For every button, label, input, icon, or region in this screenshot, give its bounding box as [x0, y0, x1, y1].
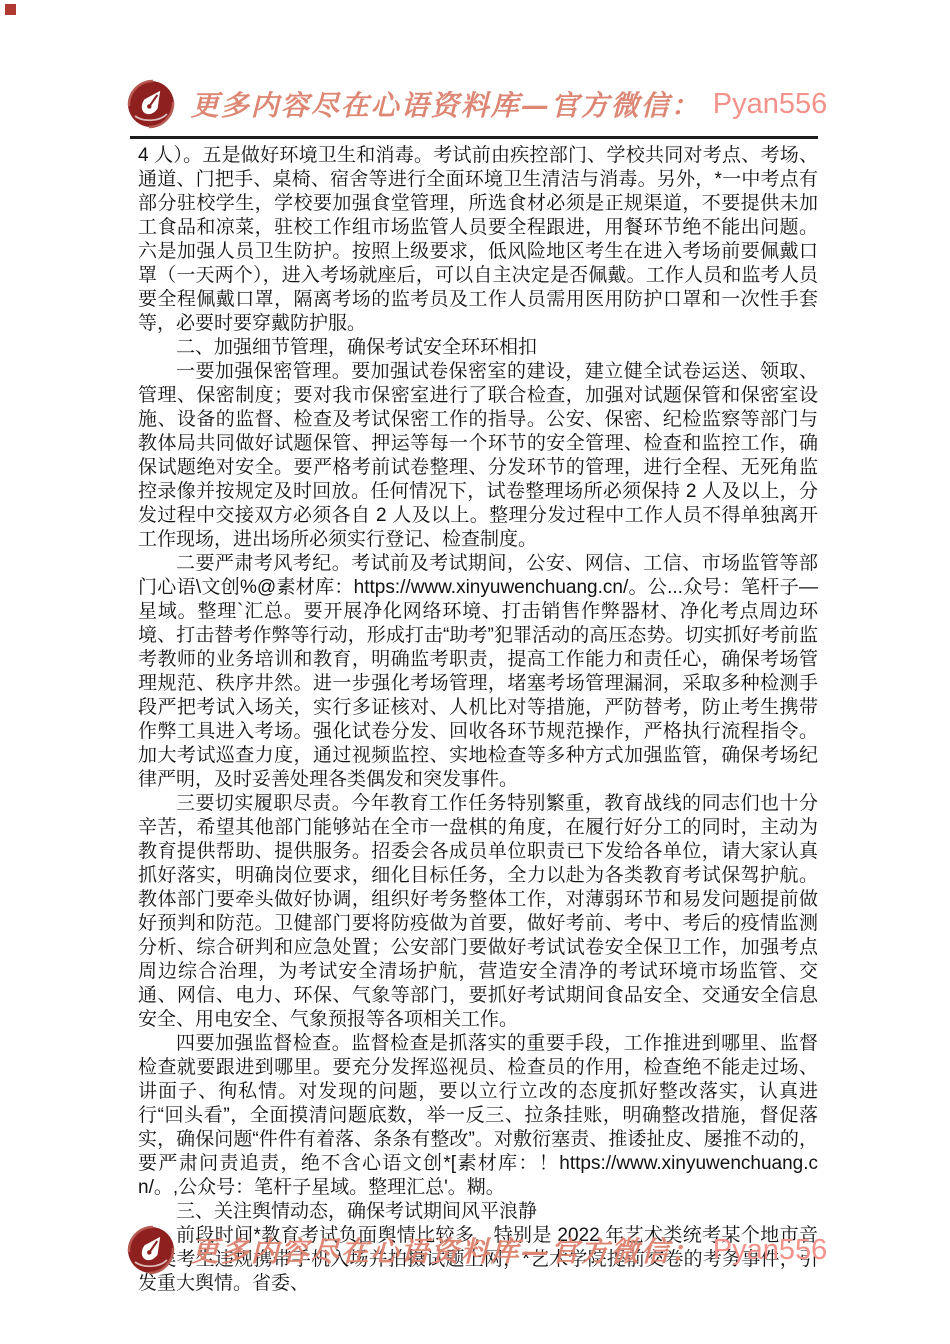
corner-marker [5, 4, 16, 15]
watermark-text: 更多内容尽在心语资料库—官方微信： [191, 1230, 701, 1270]
wechat-id: Pyan556 [713, 1234, 828, 1267]
paragraph: 一要加强保密管理。要加强试卷保密室的建设，建立健全试卷运送、领取、管理、保密制度… [138, 360, 818, 552]
watermark-footer: 更多内容尽在心语资料库—官方微信： Pyan556 [0, 1222, 950, 1278]
watermark-header: 更多内容尽在心语资料库—官方微信： Pyan556 [0, 76, 950, 132]
watermark-text: 更多内容尽在心语资料库—官方微信： [191, 84, 701, 124]
paragraph: 4 人）。五是做好环境卫生和消毒。考试前由疾控部门、学校共同对考点、考场、通道、… [138, 144, 818, 336]
wechat-id: Pyan556 [713, 88, 828, 121]
document-page: 更多内容尽在心语资料库—官方微信： Pyan556 4 人）。五是做好环境卫生和… [0, 0, 950, 1344]
document-body: 4 人）。五是做好环境卫生和消毒。考试前由疾控部门、学校共同对考点、考场、通道、… [138, 144, 818, 1296]
pen-nib-seal-icon [123, 1222, 179, 1278]
section-heading: 二、加强细节管理，确保考试安全环环相扣 [138, 336, 818, 360]
paragraph: 二要严肃考风考纪。考试前及考试期间，公安、网信、工信、市场监管等部门心语\文创%… [138, 552, 818, 792]
paragraph: 三要切实履职尽责。今年教育工作任务特别繁重，教育战线的同志们也十分辛苦，希望其他… [138, 792, 818, 1032]
header-divider [130, 136, 818, 139]
section-heading: 三、关注舆情动态，确保考试期间风平浪静 [138, 1200, 818, 1224]
pen-nib-seal-icon [123, 76, 179, 132]
paragraph: 四要加强监督检查。监督检查是抓落实的重要手段，工作推进到哪里、监督检查就要跟进到… [138, 1032, 818, 1200]
